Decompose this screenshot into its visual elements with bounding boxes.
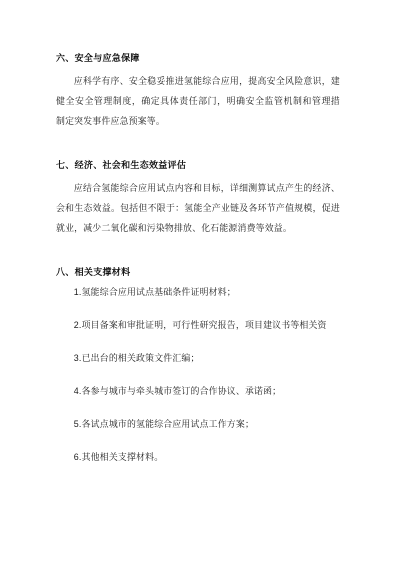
document-page: 六、安全与应急保障 应科学有序、安全稳妥推进氢能综合应用，提高安全风险意识，建立… <box>0 0 400 565</box>
list-item: 6.其他相关支撑材料。 <box>56 447 340 467</box>
list-item: 4.各参与城市与牵头城市签订的合作协议、承诺函； <box>56 381 340 401</box>
paragraph-line: 会和生态效益。包括但不限于：氢能全产业链及各环节产值规模，促进 <box>56 198 340 218</box>
section-safety-emergency: 六、安全与应急保障 应科学有序、安全稳妥推进氢能综合应用，提高安全风险意识，建立… <box>56 48 340 131</box>
paragraph-line: 制定突发事件应急预案等。 <box>56 111 340 131</box>
section-paragraph: 应科学有序、安全稳妥推进氢能综合应用，提高安全风险意识，建立 健全安全管理制度，… <box>56 71 340 131</box>
materials-list: 1.氢能综合应用试点基础条件证明材料； 2.项目备案和审批证明，可行性研究报告，… <box>56 282 340 467</box>
section-supporting-materials: 八、相关支撑材料 1.氢能综合应用试点基础条件证明材料； 2.项目备案和审批证明… <box>56 262 340 467</box>
list-item: 5.各试点城市的氢能综合应用试点工作方案； <box>56 414 340 434</box>
paragraph-line: 应科学有序、安全稳妥推进氢能综合应用，提高安全风险意识，建立 <box>56 71 340 91</box>
section-heading-benefits: 七、经济、社会和生态效益评估 <box>56 155 340 175</box>
paragraph-line: 健全安全管理制度，确定具体责任部门，明确安全监管机制和管理措施， <box>56 91 340 111</box>
list-item: 1.氢能综合应用试点基础条件证明材料； <box>56 282 340 302</box>
section-heading-materials: 八、相关支撑材料 <box>56 262 340 282</box>
section-paragraph: 应结合氢能综合应用试点内容和目标，详细测算试点产生的经济、社 会和生态效益。包括… <box>56 178 340 238</box>
paragraph-line: 就业，减少二氧化碳和污染物排放、化石能源消费等效益。 <box>56 218 340 238</box>
section-benefit-evaluation: 七、经济、社会和生态效益评估 应结合氢能综合应用试点内容和目标，详细测算试点产生… <box>56 155 340 238</box>
paragraph-line: 应结合氢能综合应用试点内容和目标，详细测算试点产生的经济、社 <box>56 178 340 198</box>
list-item: 2.项目备案和审批证明，可行性研究报告，项目建议书等相关资料； <box>56 315 340 335</box>
list-item: 3.已出台的相关政策文件汇编； <box>56 348 340 368</box>
section-heading-safety: 六、安全与应急保障 <box>56 48 340 68</box>
